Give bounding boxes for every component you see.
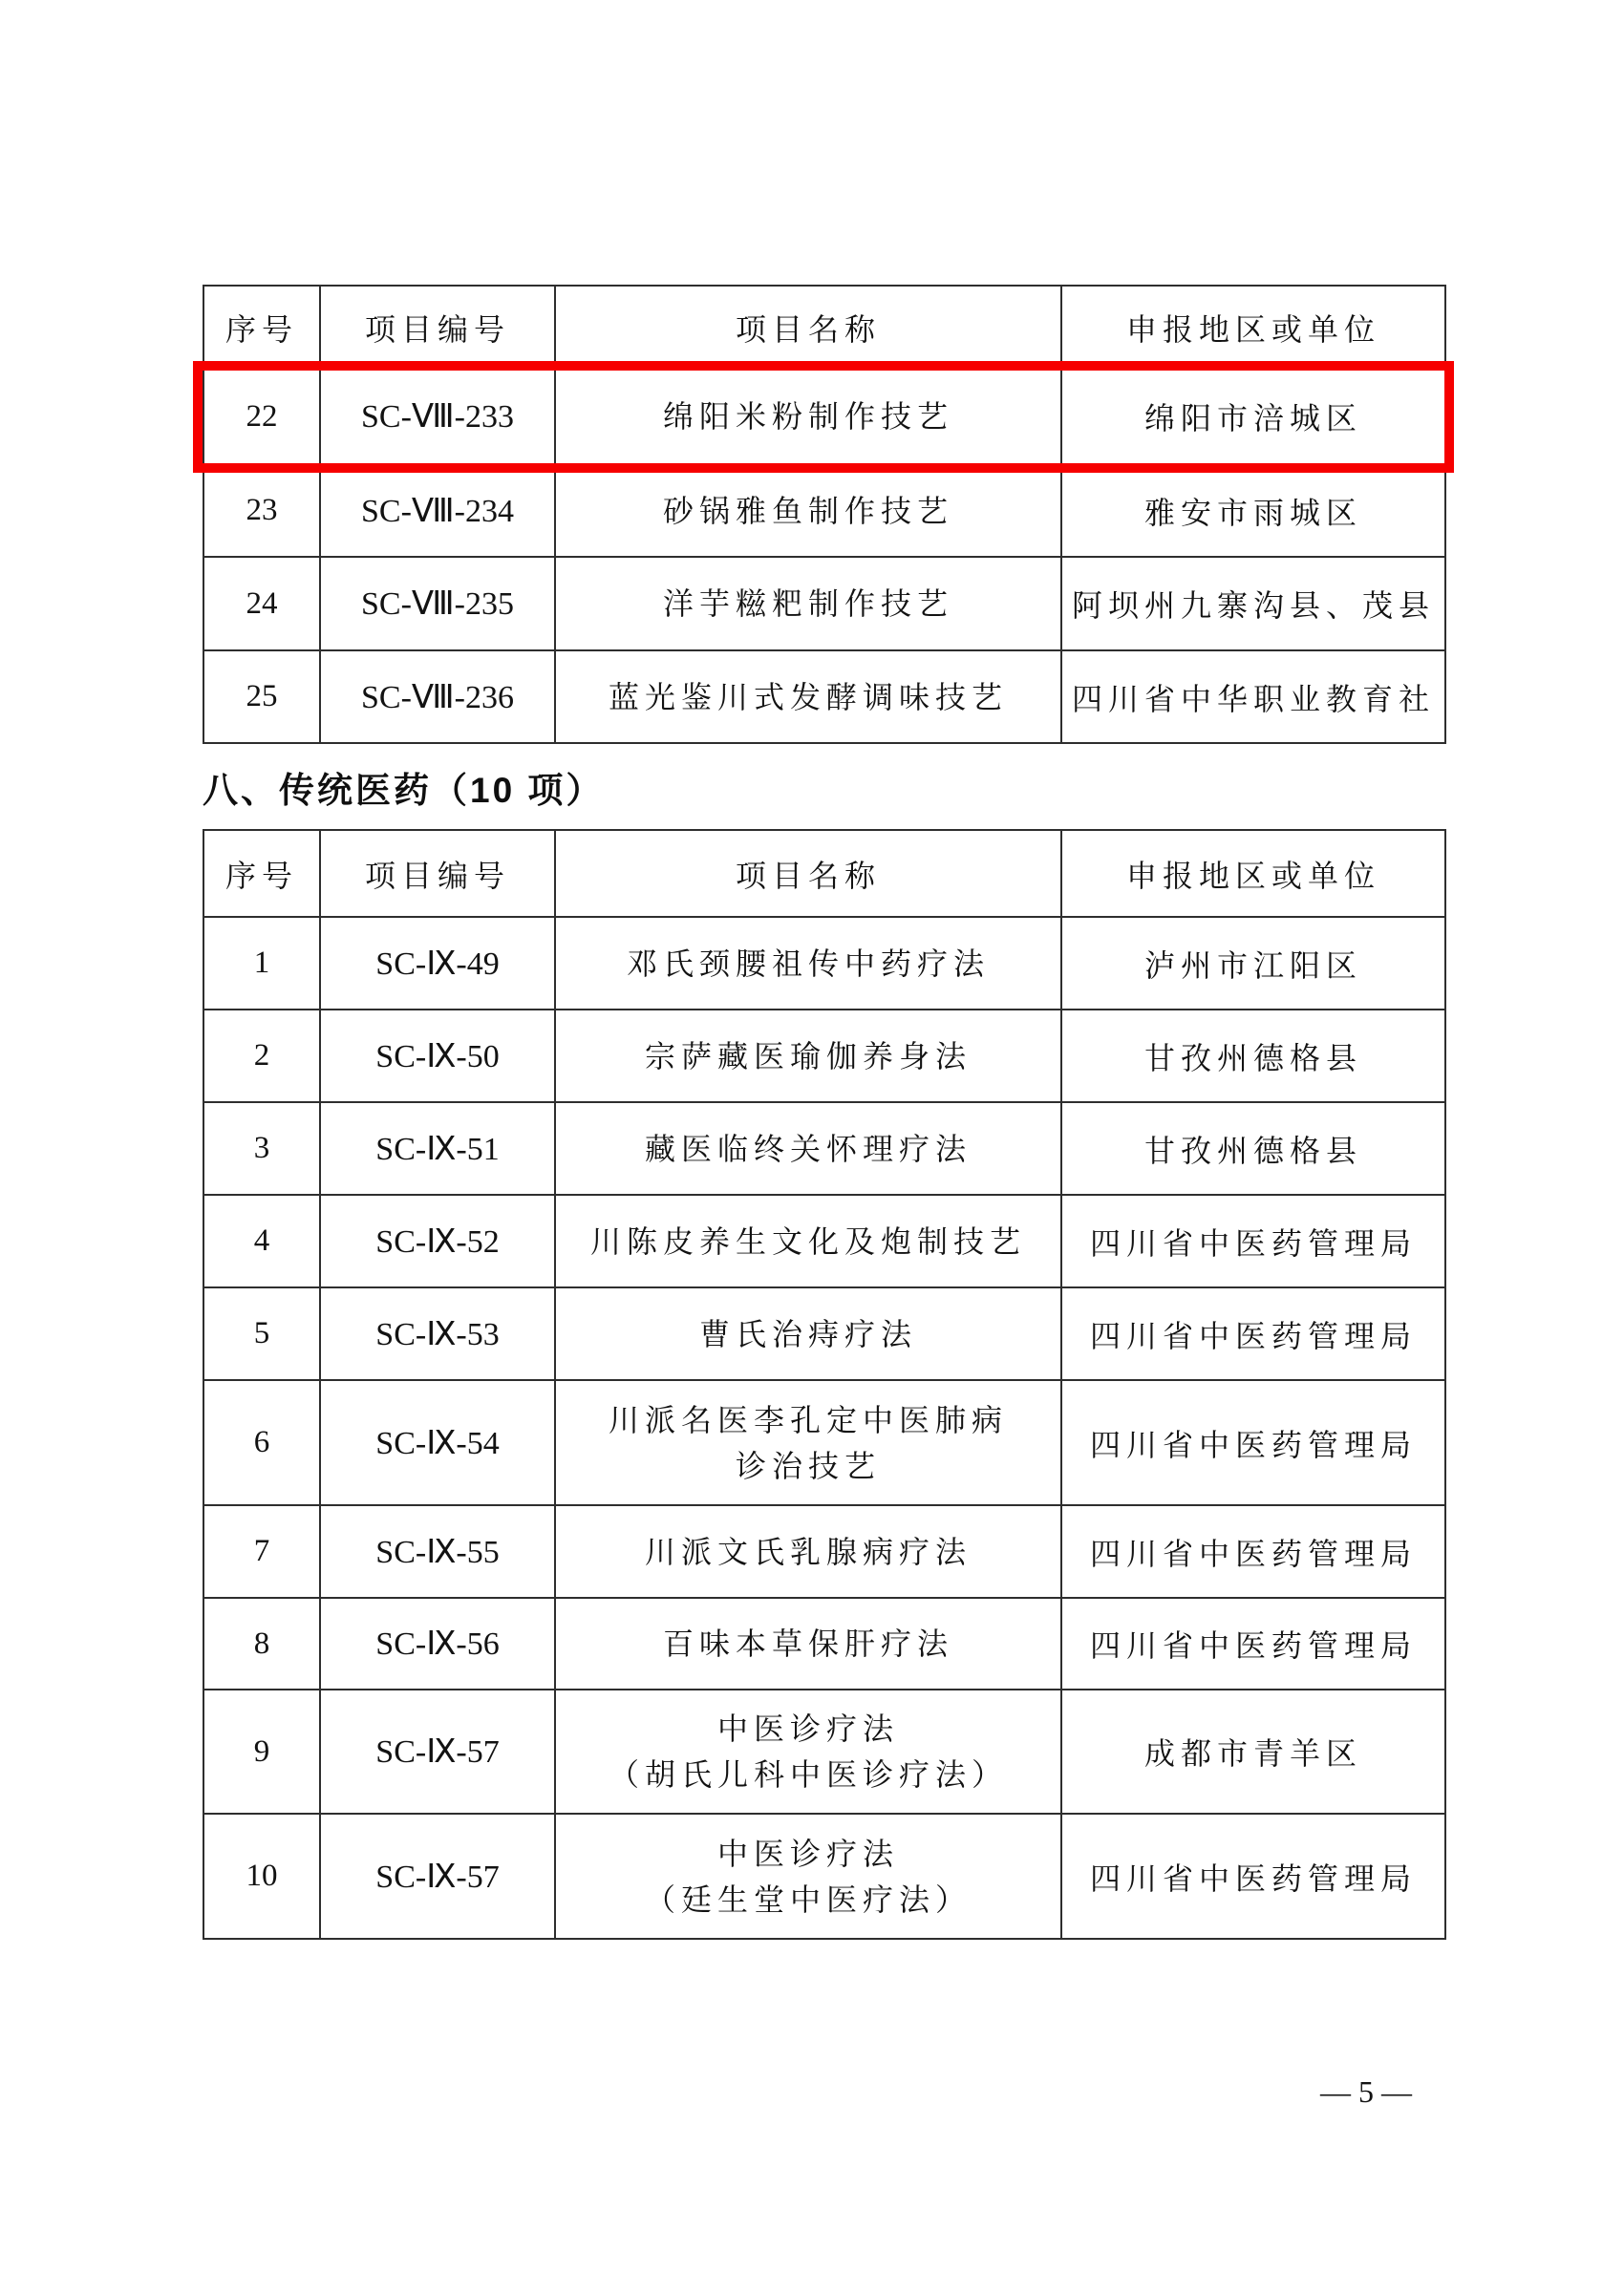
cell-unit: 四川省中医药管理局: [1061, 1195, 1445, 1287]
cell-seq: 5: [203, 1287, 320, 1380]
cell-code: SC-Ⅸ-57: [320, 1690, 555, 1814]
cell-name: 蓝光鉴川式发酵调味技艺: [555, 650, 1061, 743]
cell-unit: 甘孜州德格县: [1061, 1102, 1445, 1195]
cell-seq: 1: [203, 917, 320, 1010]
document-page: 序号 项目编号 项目名称 申报地区或单位 22 SC-Ⅷ-233 绵阳米粉制作技…: [0, 0, 1624, 2296]
cell-unit: 绵阳市涪城区: [1061, 369, 1445, 464]
cell-name: 中医诊疗法 （廷生堂中医疗法）: [555, 1814, 1061, 1939]
table-projects-upper: 序号 项目编号 项目名称 申报地区或单位 22 SC-Ⅷ-233 绵阳米粉制作技…: [203, 285, 1446, 744]
cell-name: 百味本草保肝疗法: [555, 1598, 1061, 1690]
page-number: — 5 —: [1290, 2074, 1442, 2110]
cell-code: SC-Ⅸ-50: [320, 1010, 555, 1102]
table-row: 25 SC-Ⅷ-236 蓝光鉴川式发酵调味技艺 四川省中华职业教育社: [203, 650, 1445, 743]
table-row-highlighted: 22 SC-Ⅷ-233 绵阳米粉制作技艺 绵阳市涪城区: [203, 369, 1445, 464]
cell-code: SC-Ⅸ-56: [320, 1598, 555, 1690]
cell-code: SC-Ⅸ-57: [320, 1814, 555, 1939]
cell-seq: 24: [203, 557, 320, 650]
cell-code: SC-Ⅷ-235: [320, 557, 555, 650]
table-row: 5 SC-Ⅸ-53 曹氏治痔疗法 四川省中医药管理局: [203, 1287, 1445, 1380]
cell-name: 邓氏颈腰祖传中药疗法: [555, 917, 1061, 1010]
col-header-name: 项目名称: [555, 286, 1061, 369]
cell-code: SC-Ⅸ-53: [320, 1287, 555, 1380]
cell-name: 川陈皮养生文化及炮制技艺: [555, 1195, 1061, 1287]
table-row: 1 SC-Ⅸ-49 邓氏颈腰祖传中药疗法 泸州市江阳区: [203, 917, 1445, 1010]
col-header-unit: 申报地区或单位: [1061, 830, 1445, 917]
cell-name: 宗萨藏医瑜伽养身法: [555, 1010, 1061, 1102]
cell-seq: 4: [203, 1195, 320, 1287]
cell-name: 砂锅雅鱼制作技艺: [555, 464, 1061, 557]
table-row: 3 SC-Ⅸ-51 藏医临终关怀理疗法 甘孜州德格县: [203, 1102, 1445, 1195]
cell-unit: 甘孜州德格县: [1061, 1010, 1445, 1102]
table-row: 6 SC-Ⅸ-54 川派名医李孔定中医肺病 诊治技艺 四川省中医药管理局: [203, 1380, 1445, 1505]
cell-seq: 3: [203, 1102, 320, 1195]
cell-code: SC-Ⅷ-234: [320, 464, 555, 557]
cell-unit: 四川省中医药管理局: [1061, 1598, 1445, 1690]
cell-name: 洋芋糍粑制作技艺: [555, 557, 1061, 650]
cell-code: SC-Ⅸ-51: [320, 1102, 555, 1195]
table-row: 2 SC-Ⅸ-50 宗萨藏医瑜伽养身法 甘孜州德格县: [203, 1010, 1445, 1102]
cell-unit: 四川省中华职业教育社: [1061, 650, 1445, 743]
cell-seq: 25: [203, 650, 320, 743]
col-header-seq: 序号: [203, 286, 320, 369]
cell-seq: 23: [203, 464, 320, 557]
cell-unit: 四川省中医药管理局: [1061, 1380, 1445, 1505]
cell-name: 藏医临终关怀理疗法: [555, 1102, 1061, 1195]
table-row: 4 SC-Ⅸ-52 川陈皮养生文化及炮制技艺 四川省中医药管理局: [203, 1195, 1445, 1287]
cell-name: 川派文氏乳腺病疗法: [555, 1505, 1061, 1598]
cell-unit: 阿坝州九寨沟县、茂县: [1061, 557, 1445, 650]
cell-name: 绵阳米粉制作技艺: [555, 369, 1061, 464]
cell-name: 中医诊疗法 （胡氏儿科中医诊疗法）: [555, 1690, 1061, 1814]
cell-seq: 7: [203, 1505, 320, 1598]
col-header-unit: 申报地区或单位: [1061, 286, 1445, 369]
col-header-code: 项目编号: [320, 830, 555, 917]
cell-seq: 8: [203, 1598, 320, 1690]
table-row: 9 SC-Ⅸ-57 中医诊疗法 （胡氏儿科中医诊疗法） 成都市青羊区: [203, 1690, 1445, 1814]
cell-code: SC-Ⅸ-52: [320, 1195, 555, 1287]
cell-code: SC-Ⅷ-236: [320, 650, 555, 743]
table-row: 8 SC-Ⅸ-56 百味本草保肝疗法 四川省中医药管理局: [203, 1598, 1445, 1690]
table-row: 23 SC-Ⅷ-234 砂锅雅鱼制作技艺 雅安市雨城区: [203, 464, 1445, 557]
cell-unit: 雅安市雨城区: [1061, 464, 1445, 557]
table-traditional-medicine: 序号 项目编号 项目名称 申报地区或单位 1 SC-Ⅸ-49 邓氏颈腰祖传中药疗…: [203, 829, 1446, 1940]
table-row: 10 SC-Ⅸ-57 中医诊疗法 （廷生堂中医疗法） 四川省中医药管理局: [203, 1814, 1445, 1939]
col-header-name: 项目名称: [555, 830, 1061, 917]
table-row: 7 SC-Ⅸ-55 川派文氏乳腺病疗法 四川省中医药管理局: [203, 1505, 1445, 1598]
cell-code: SC-Ⅷ-233: [320, 369, 555, 464]
cell-unit: 泸州市江阳区: [1061, 917, 1445, 1010]
col-header-seq: 序号: [203, 830, 320, 917]
cell-unit: 成都市青羊区: [1061, 1690, 1445, 1814]
cell-seq: 22: [203, 369, 320, 464]
cell-unit: 四川省中医药管理局: [1061, 1814, 1445, 1939]
cell-name: 川派名医李孔定中医肺病 诊治技艺: [555, 1380, 1061, 1505]
cell-name: 曹氏治痔疗法: [555, 1287, 1061, 1380]
cell-unit: 四川省中医药管理局: [1061, 1505, 1445, 1598]
cell-unit: 四川省中医药管理局: [1061, 1287, 1445, 1380]
cell-code: SC-Ⅸ-55: [320, 1505, 555, 1598]
cell-code: SC-Ⅸ-49: [320, 917, 555, 1010]
table-row: 24 SC-Ⅷ-235 洋芋糍粑制作技艺 阿坝州九寨沟县、茂县: [203, 557, 1445, 650]
col-header-code: 项目编号: [320, 286, 555, 369]
table-header-row: 序号 项目编号 项目名称 申报地区或单位: [203, 830, 1445, 917]
cell-seq: 2: [203, 1010, 320, 1102]
cell-code: SC-Ⅸ-54: [320, 1380, 555, 1505]
table-header-row: 序号 项目编号 项目名称 申报地区或单位: [203, 286, 1445, 369]
section-heading: 八、传统医药（10 项）: [203, 761, 604, 813]
cell-seq: 6: [203, 1380, 320, 1505]
cell-seq: 10: [203, 1814, 320, 1939]
cell-seq: 9: [203, 1690, 320, 1814]
